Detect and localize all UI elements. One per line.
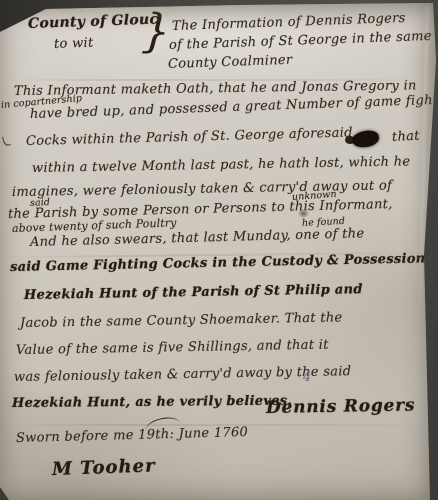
county-heading: County of Glouc <box>28 11 159 32</box>
manuscript-line: Value of the same is five Shillings, and… <box>16 338 329 358</box>
manuscript-line: within a twelve Month last past, he hath… <box>32 154 411 176</box>
manuscript-line: was feloniously taken & carry'd away by … <box>14 364 352 385</box>
attestation-line: Sworn before me 19th: June 1760 <box>16 425 249 446</box>
justice-signature: M Tooher <box>52 455 156 480</box>
pencil-numeral-mark: 4 <box>303 370 311 385</box>
manuscript-line-fragment: that <box>392 129 421 145</box>
manuscript-line: said Game Fighting Cocks in the Custody … <box>10 251 438 275</box>
manuscript-line: Cocks within the Parish of St. George af… <box>26 125 358 149</box>
informant-signature: Dennis Rogers <box>266 395 416 418</box>
manuscript-line: Hezekiah Hunt of the Parish of St Philip… <box>24 282 363 303</box>
photograph-backdrop: County of Glouc } to wit The Information… <box>0 0 438 500</box>
manuscript-paper: County of Glouc } to wit The Information… <box>0 0 438 500</box>
brace-mark: } <box>140 4 172 59</box>
manuscript-line: Jacob in the same County Shoemaker. That… <box>20 310 343 331</box>
information-title-line: County Coalminer <box>168 53 293 72</box>
county-to-wit: to wit <box>54 36 94 52</box>
manuscript-line: Hezekiah Hunt, as he verily believes. <box>12 394 292 411</box>
margin-caret-mark <box>2 135 11 146</box>
